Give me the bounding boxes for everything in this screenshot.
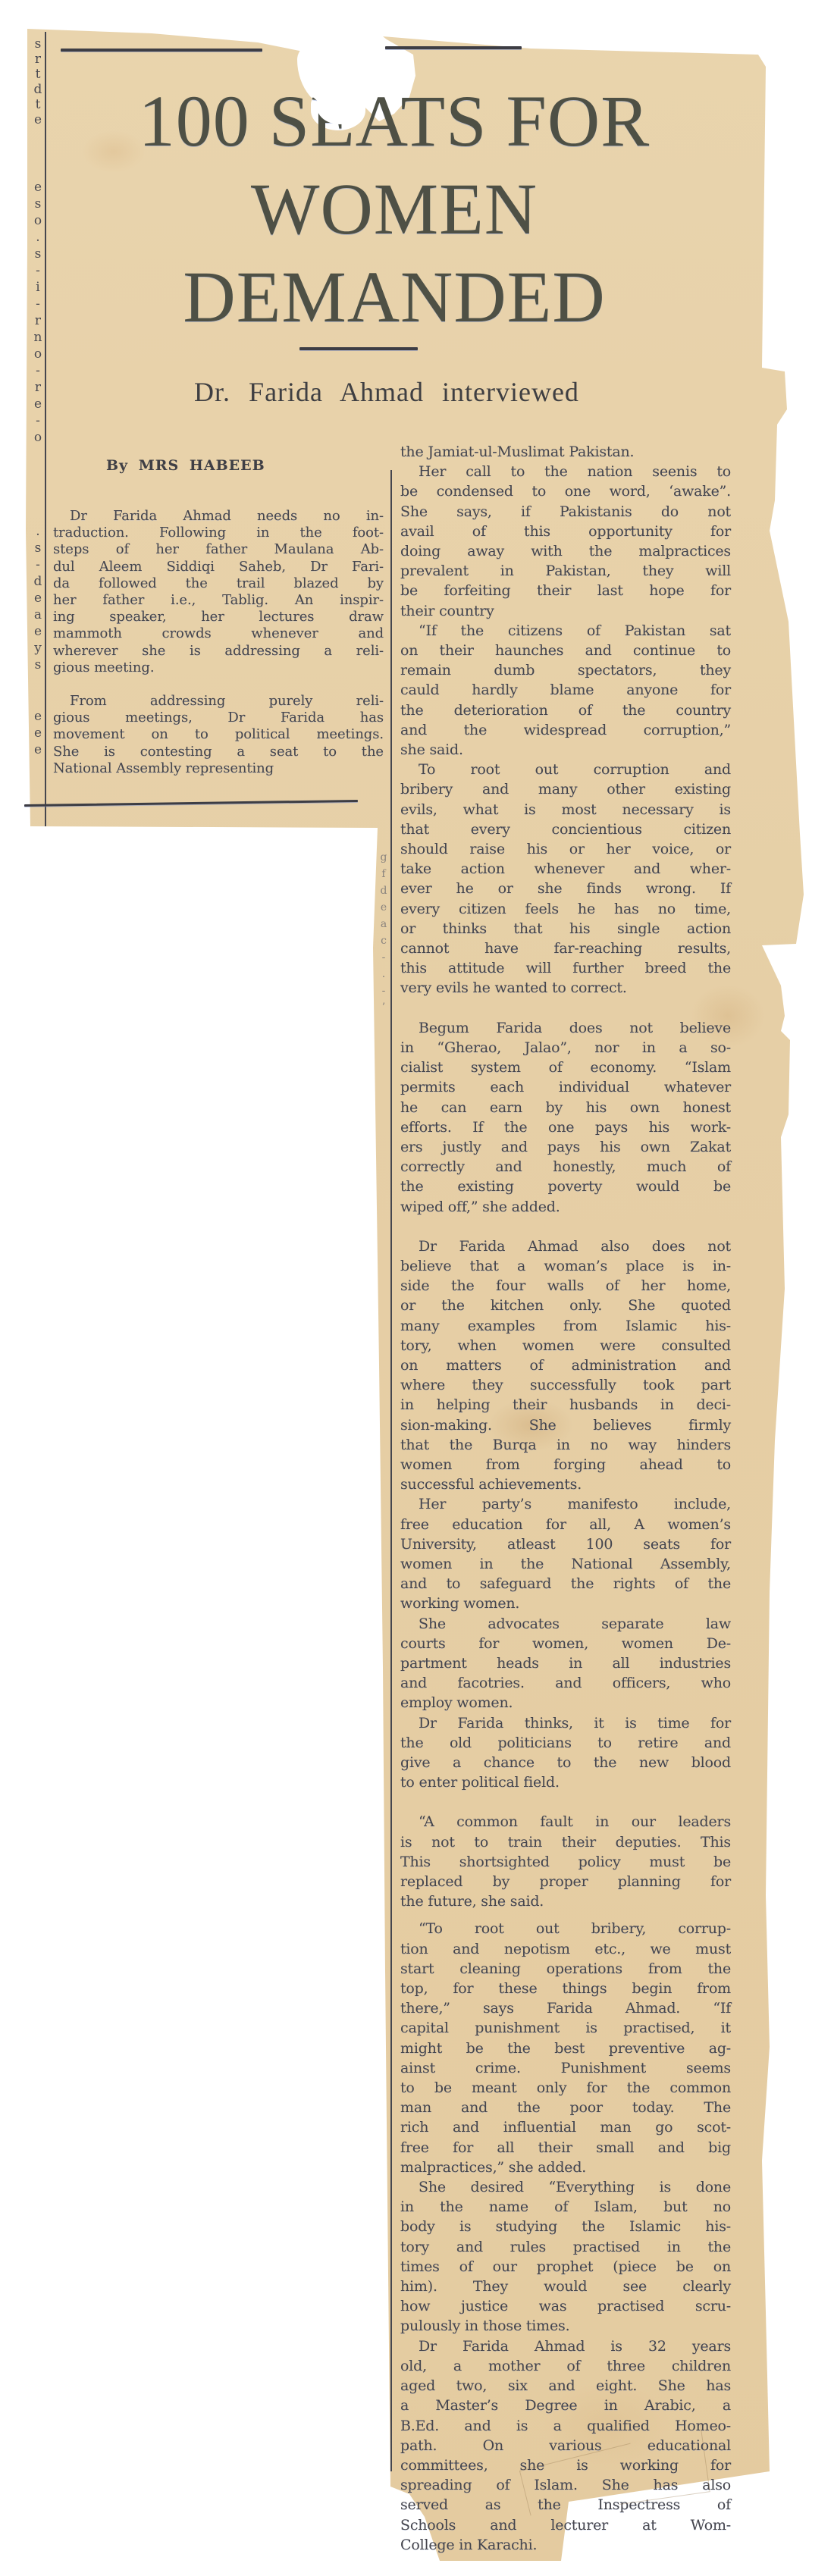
headline-line-1: 100 SEATS FOR xyxy=(0,82,789,161)
text-line: the deterioration of the country xyxy=(400,700,731,720)
text-line: this attitude will further breed the xyxy=(400,958,731,978)
text-line: in “Gherao, Jalao”, nor in a so- xyxy=(400,1038,731,1058)
text-line: wherever she is addressing a reli- xyxy=(53,643,384,660)
text-line: ainst crime. Punishment seems xyxy=(400,2058,731,2078)
text-line: free for all their small and big xyxy=(400,2138,731,2158)
text-line: on their haunches and continue to xyxy=(400,641,731,660)
text-line: is not to train their deputies. This xyxy=(400,1832,731,1852)
text-line: successful achievements. xyxy=(400,1474,731,1494)
paragraph: She desired “Everything is donein the na… xyxy=(400,2177,731,2336)
text-line: tory and rules practised in the xyxy=(400,2237,731,2257)
text-line: be forfeiting their last hope for xyxy=(400,581,731,600)
text-line: be condensed to one word, ‘awake”. xyxy=(400,481,731,501)
top-rule-right xyxy=(385,46,522,49)
column-divider xyxy=(390,470,392,2471)
text-line: prevalent in Pakistan, they will xyxy=(400,561,731,581)
text-line: steps of her father Maulana Ab- xyxy=(53,541,384,558)
paragraph: “If the citizens of Pakistan saton their… xyxy=(400,621,731,760)
text-line: ever he or she finds wrong. If xyxy=(400,879,731,898)
text-line: to be meant only for the common xyxy=(400,2078,731,2098)
paragraph-gap xyxy=(400,998,731,1018)
text-line: and the widespread corruption,” xyxy=(400,720,731,740)
text-line: very evils he wanted to correct. xyxy=(400,978,731,998)
text-line: bribery and many other existing xyxy=(400,779,731,799)
text-line: da followed the trail blazed by xyxy=(53,575,384,592)
headline-line-2: WOMEN xyxy=(0,170,789,249)
text-line: University, atleast 100 seats for xyxy=(400,1534,731,1554)
text-line: aged two, six and eight. She has xyxy=(400,2376,731,2396)
text-line: on matters of administration and xyxy=(400,1355,731,1375)
text-line: mammoth crowds whenever and xyxy=(53,625,384,642)
text-line: Dr Farida thinks, it is time for xyxy=(400,1713,731,1733)
text-line: malpractices,” she added. xyxy=(400,2158,731,2177)
paragraph: Dr Farida thinks, it is time forthe old … xyxy=(400,1713,731,1793)
paragraph: “To root out bribery, corrup-tion and ne… xyxy=(400,1919,731,2177)
text-line: rich and influential man go scot- xyxy=(400,2117,731,2137)
text-line: times of our prophet (piece be on xyxy=(400,2257,731,2277)
text-line: efforts. If the one pays his work- xyxy=(400,1117,731,1137)
text-line: working women. xyxy=(400,1594,731,1613)
paragraph: the Jamiat-ul-Muslimat Pakistan. xyxy=(400,442,731,462)
text-line: every citizen feels he has no time, xyxy=(400,899,731,919)
text-line: and to safeguard the rights of the xyxy=(400,1574,731,1594)
text-line: Dr Farida Ahmad also does not xyxy=(400,1236,731,1256)
text-line: remain dumb spectators, they xyxy=(400,660,731,680)
text-line: in helping their husbands in deci- xyxy=(400,1395,731,1415)
text-line: gious meetings, Dr Farida has xyxy=(53,710,384,726)
text-line: or thinks that his single action xyxy=(400,919,731,939)
paragraph: Her call to the nation seenis tobe conde… xyxy=(400,462,731,621)
text-line: traduction. Following in the foot- xyxy=(53,525,384,541)
paragraph: “A common fault in our leadersis not to … xyxy=(400,1812,731,1911)
text-line: tory, when women were consulted xyxy=(400,1336,731,1355)
paragraph: Her party’s manifesto include,free educa… xyxy=(400,1494,731,1613)
text-line: This shortsighted policy must be xyxy=(400,1852,731,1872)
text-line: man and the poor today. The xyxy=(400,2098,731,2117)
text-line: Schools and lecturer at Wom‐ xyxy=(400,2515,731,2535)
text-line: Dr Farida Ahmad needs no in- xyxy=(53,508,384,525)
text-line: the Jamiat-ul-Muslimat Pakistan. xyxy=(400,442,731,462)
text-line: Her call to the nation seenis to xyxy=(400,462,731,481)
text-line: doing away with the malpractices xyxy=(400,541,731,561)
text-line: their country xyxy=(400,601,731,621)
torn-hole-overlay-2 xyxy=(317,89,362,124)
text-line: She says, if Pakistanis do not xyxy=(400,502,731,522)
text-line: women from forging ahead to xyxy=(400,1455,731,1474)
paragraph: From addressing purely reli-gious meetin… xyxy=(53,693,384,777)
text-line: him). They would see clearly xyxy=(400,2277,731,2296)
text-line: From addressing purely reli- xyxy=(53,693,384,710)
text-line: avail of this opportunity for xyxy=(400,522,731,541)
paragraph-gap xyxy=(400,1792,731,1812)
paragraph: Dr Farida Ahmad also does notbelieve tha… xyxy=(400,1236,731,1495)
text-line: a Master’s Degree in Arabic, a xyxy=(400,2396,731,2415)
adjacent-column-fragment-4: e e e xyxy=(30,708,45,758)
text-line: She advocates separate law xyxy=(400,1614,731,1634)
right-column: the Jamiat-ul-Muslimat Pakistan.Her call… xyxy=(400,442,731,2555)
text-line: he can earn by his own honest xyxy=(400,1098,731,1117)
text-line: start cleaning operations from the xyxy=(400,1959,731,1979)
text-line: She desired “Everything is done xyxy=(400,2177,731,2197)
text-line: top, for these things begin from xyxy=(400,1979,731,1998)
text-line: employ women. xyxy=(400,1693,731,1713)
text-line: believe that a woman’s place is in- xyxy=(400,1256,731,1276)
text-line: many examples from Islamic his- xyxy=(400,1316,731,1336)
text-line: pulously in those times. xyxy=(400,2316,731,2336)
text-line: cauld hardly blame anyone for xyxy=(400,680,731,700)
paragraph-gap xyxy=(400,1217,731,1236)
subheadline: Dr. Farida Ahmad interviewed xyxy=(76,376,698,408)
text-line: evils, what is most necessary is xyxy=(400,800,731,819)
text-line: she said. xyxy=(400,740,731,760)
text-line: Her party’s manifesto include, xyxy=(400,1494,731,1514)
left-column: Dr Farida Ahmad needs no in-traduction. … xyxy=(53,508,384,777)
adjacent-column-fragment-lower: g f d e a c - . - ’ xyxy=(378,849,390,1016)
paragraph: Begum Farida does not believein “Gherao,… xyxy=(400,1018,731,1217)
text-line: to enter political field. xyxy=(400,1772,731,1792)
paper-crease-2 xyxy=(610,2424,710,2505)
text-line: or the kitchen only. She quoted xyxy=(400,1296,731,1315)
text-line: in the name of Islam, but no xyxy=(400,2197,731,2217)
text-line: permits each individual whatever xyxy=(400,1077,731,1097)
text-line: correctly and honestly, much of xyxy=(400,1157,731,1177)
text-line: side the four walls of her home, xyxy=(400,1276,731,1296)
text-line: the old politicians to retire and xyxy=(400,1733,731,1753)
paragraph: Dr Farida Ahmad needs no in-traduction. … xyxy=(53,508,384,676)
adjacent-column-fragment-3: . s - d e a e y s xyxy=(30,523,45,673)
text-line: dul Aleem Siddiqi Saheb, Dr Fari- xyxy=(53,559,384,575)
text-line: old, a mother of three children xyxy=(400,2356,731,2376)
text-line: how justice was practised scru- xyxy=(400,2296,731,2316)
text-line: cannot have far-reaching results, xyxy=(400,939,731,958)
text-line: courts for women, women De- xyxy=(400,1634,731,1653)
text-line: capital punishment is practised, it xyxy=(400,2018,731,2038)
text-line: gious meeting. xyxy=(53,660,384,676)
text-line: free education for all, A women’s xyxy=(400,1515,731,1534)
byline: By MRS HABEEB xyxy=(106,457,265,474)
text-line: give a chance to the new blood xyxy=(400,1753,731,1772)
headline-line-3: DEMANDED xyxy=(0,258,789,337)
text-line: the future, she said. xyxy=(400,1891,731,1911)
text-line: that every concientious citizen xyxy=(400,819,731,839)
text-line: partment heads in all industries xyxy=(400,1653,731,1673)
text-line: Dr Farida Ahmad is 32 years xyxy=(400,2336,731,2356)
text-line: replaced by proper planning for xyxy=(400,1872,731,1891)
paragraph: She advocates separate lawcourts for wom… xyxy=(400,1614,731,1713)
text-line: body is studying the Islamic his- xyxy=(400,2217,731,2236)
text-line: and facotries. and officers, who xyxy=(400,1673,731,1693)
text-line: Begum Farida does not believe xyxy=(400,1018,731,1038)
text-line: She is contesting a seat to the xyxy=(53,744,384,760)
text-line: ing speaker, her lectures draw xyxy=(53,609,384,625)
text-line: “A common fault in our leaders xyxy=(400,1812,731,1832)
text-line: the existing poverty would be xyxy=(400,1177,731,1196)
text-line: National Assembly representing xyxy=(53,760,384,777)
text-line: there,” says Farida Ahmad. “If xyxy=(400,1998,731,2018)
paragraph: To root out corruption andbribery and ma… xyxy=(400,760,731,998)
text-line: wiped off,” she added. xyxy=(400,1197,731,1217)
text-line: “To root out bribery, corrup- xyxy=(400,1919,731,1938)
text-line: “If the citizens of Pakistan sat xyxy=(400,621,731,641)
text-line: ers justly and pays his own Zakat xyxy=(400,1137,731,1157)
text-line: sion-making. She believes firmly xyxy=(400,1415,731,1435)
text-line: might be the best preventive ag- xyxy=(400,2039,731,2058)
text-line: that the Burqa in no way hinders xyxy=(400,1435,731,1455)
text-line: her father i.e., Tablig. An inspir- xyxy=(53,592,384,609)
headline-divider xyxy=(299,347,418,350)
text-line: take action whenever and wher- xyxy=(400,859,731,879)
paragraph-gap xyxy=(400,1911,731,1919)
text-line: tion and nepotism etc., we must xyxy=(400,1939,731,1959)
text-line: cialist system of economy. “Islam xyxy=(400,1058,731,1077)
text-line: where they successfully took part xyxy=(400,1375,731,1395)
text-line: movement on to political meetings. xyxy=(53,726,384,743)
top-rule-left xyxy=(61,49,262,52)
text-line: To root out corruption and xyxy=(400,760,731,779)
text-line: women in the National Assembly, xyxy=(400,1554,731,1574)
text-line: should raise his or her voice, or xyxy=(400,839,731,859)
text-line: College in Karachi. xyxy=(400,2535,731,2555)
